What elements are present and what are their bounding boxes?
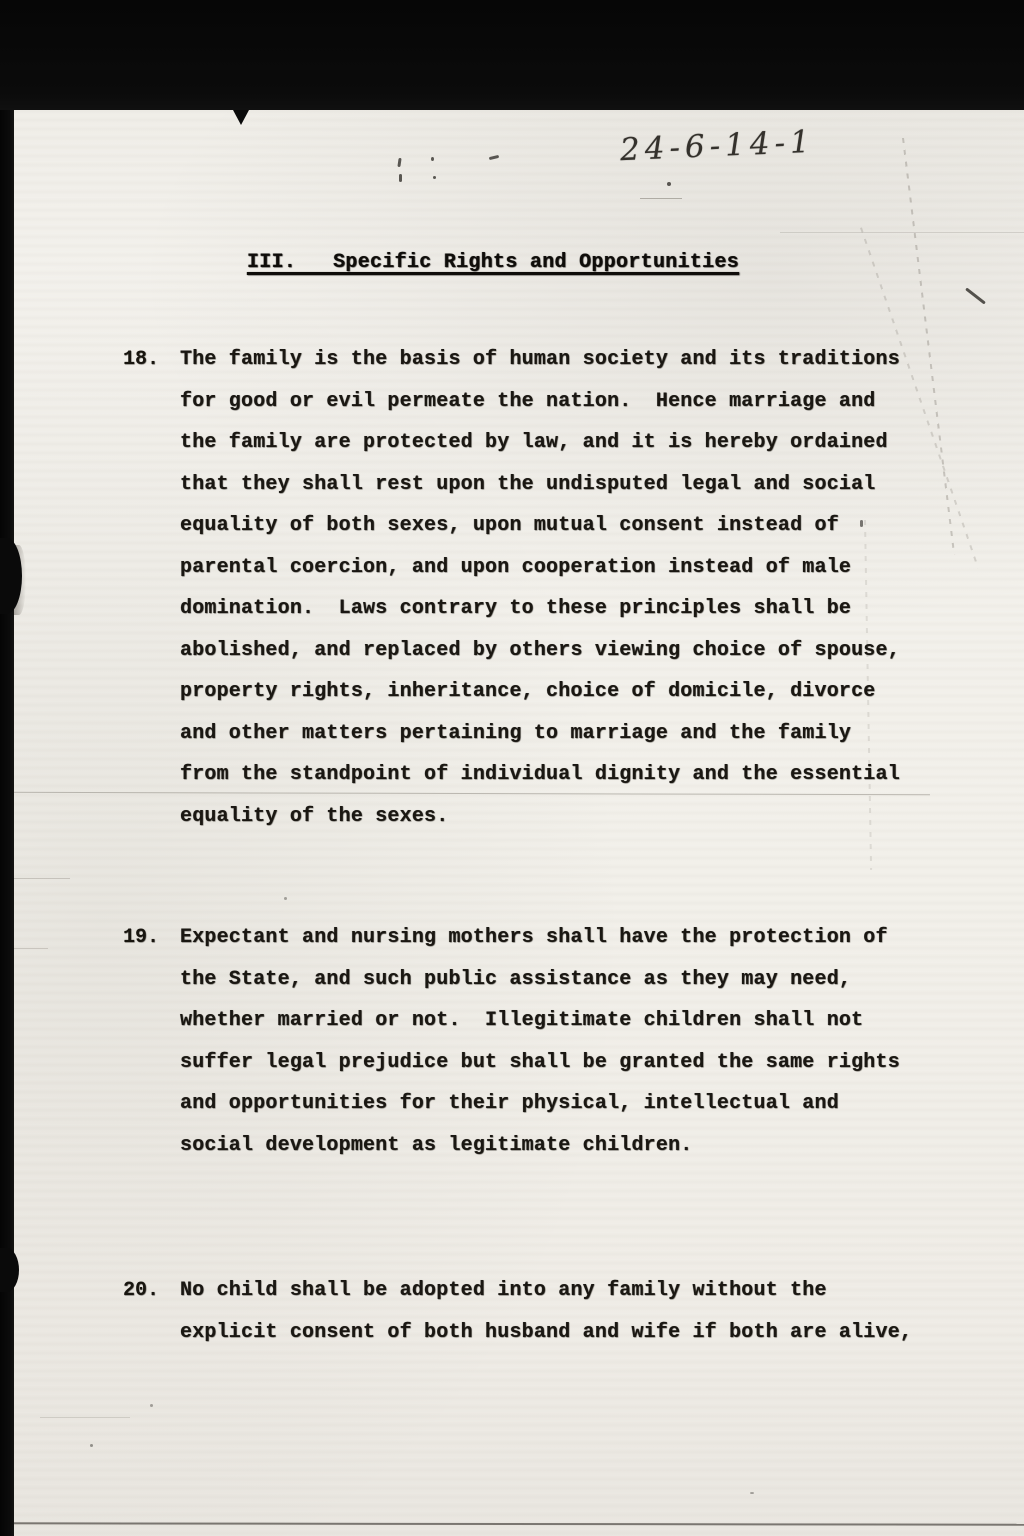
paragraph-number: 20. [123, 1270, 159, 1312]
ink-speck [399, 174, 402, 182]
text-line: equality of both sexes, upon mutual cons… [180, 505, 960, 547]
section-title: III. Specific Rights and Opportunities [247, 251, 739, 274]
text-line: equality of the sexes. [180, 796, 960, 838]
scan-edge-left [0, 0, 14, 1536]
paragraph-number: 18. [123, 339, 159, 381]
ink-speck [433, 176, 436, 179]
ink-speck [431, 157, 434, 161]
paragraph-20: 20. No child shall be adopted into any f… [180, 1270, 960, 1353]
text-line: and opportunities for their physical, in… [180, 1083, 960, 1125]
text-line: that they shall rest upon the undisputed… [180, 464, 960, 506]
text-line: suffer legal prejudice but shall be gran… [180, 1042, 960, 1084]
ink-speck [150, 1404, 153, 1407]
scan-edge-notch [233, 110, 249, 125]
text-line: and other matters pertaining to marriage… [180, 713, 960, 755]
text-line: Expectant and nursing mothers shall have… [180, 917, 960, 959]
text-line: social development as legitimate childre… [180, 1125, 960, 1167]
ink-speck [667, 182, 671, 186]
ink-speck [750, 1492, 754, 1494]
scan-edge-top [0, 0, 1024, 110]
text-line: whether married or not. Illegitimate chi… [180, 1000, 960, 1042]
text-line: the family are protected by law, and it … [180, 422, 960, 464]
text-line: The family is the basis of human society… [180, 339, 960, 381]
text-line: No child shall be adopted into any famil… [180, 1270, 960, 1312]
paragraph-19: 19. Expectant and nursing mothers shall … [180, 917, 960, 1166]
text-line: for good or evil permeate the nation. He… [180, 381, 960, 423]
text-line: abolished, and replaced by others viewin… [180, 630, 960, 672]
text-line: explicit consent of both husband and wif… [180, 1312, 960, 1354]
scan-artifact-line [40, 1417, 130, 1418]
text-line: the State, and such public assistance as… [180, 959, 960, 1001]
paragraph-number: 19. [123, 917, 159, 959]
text-line: property rights, inheritance, choice of … [180, 671, 960, 713]
paragraph-18: 18. The family is the basis of human soc… [180, 339, 960, 837]
scan-artifact-line [780, 232, 1024, 233]
text-line: parental coercion, and upon cooperation … [180, 547, 960, 589]
text-line: domination. Laws contrary to these princ… [180, 588, 960, 630]
scanned-document-page: 24-6-14-1 III. Specific Rights and Oppor… [0, 0, 1024, 1536]
ink-speck [640, 198, 682, 199]
ink-speck [90, 1444, 93, 1447]
ink-speck [284, 897, 287, 900]
text-line: from the standpoint of individual dignit… [180, 754, 960, 796]
